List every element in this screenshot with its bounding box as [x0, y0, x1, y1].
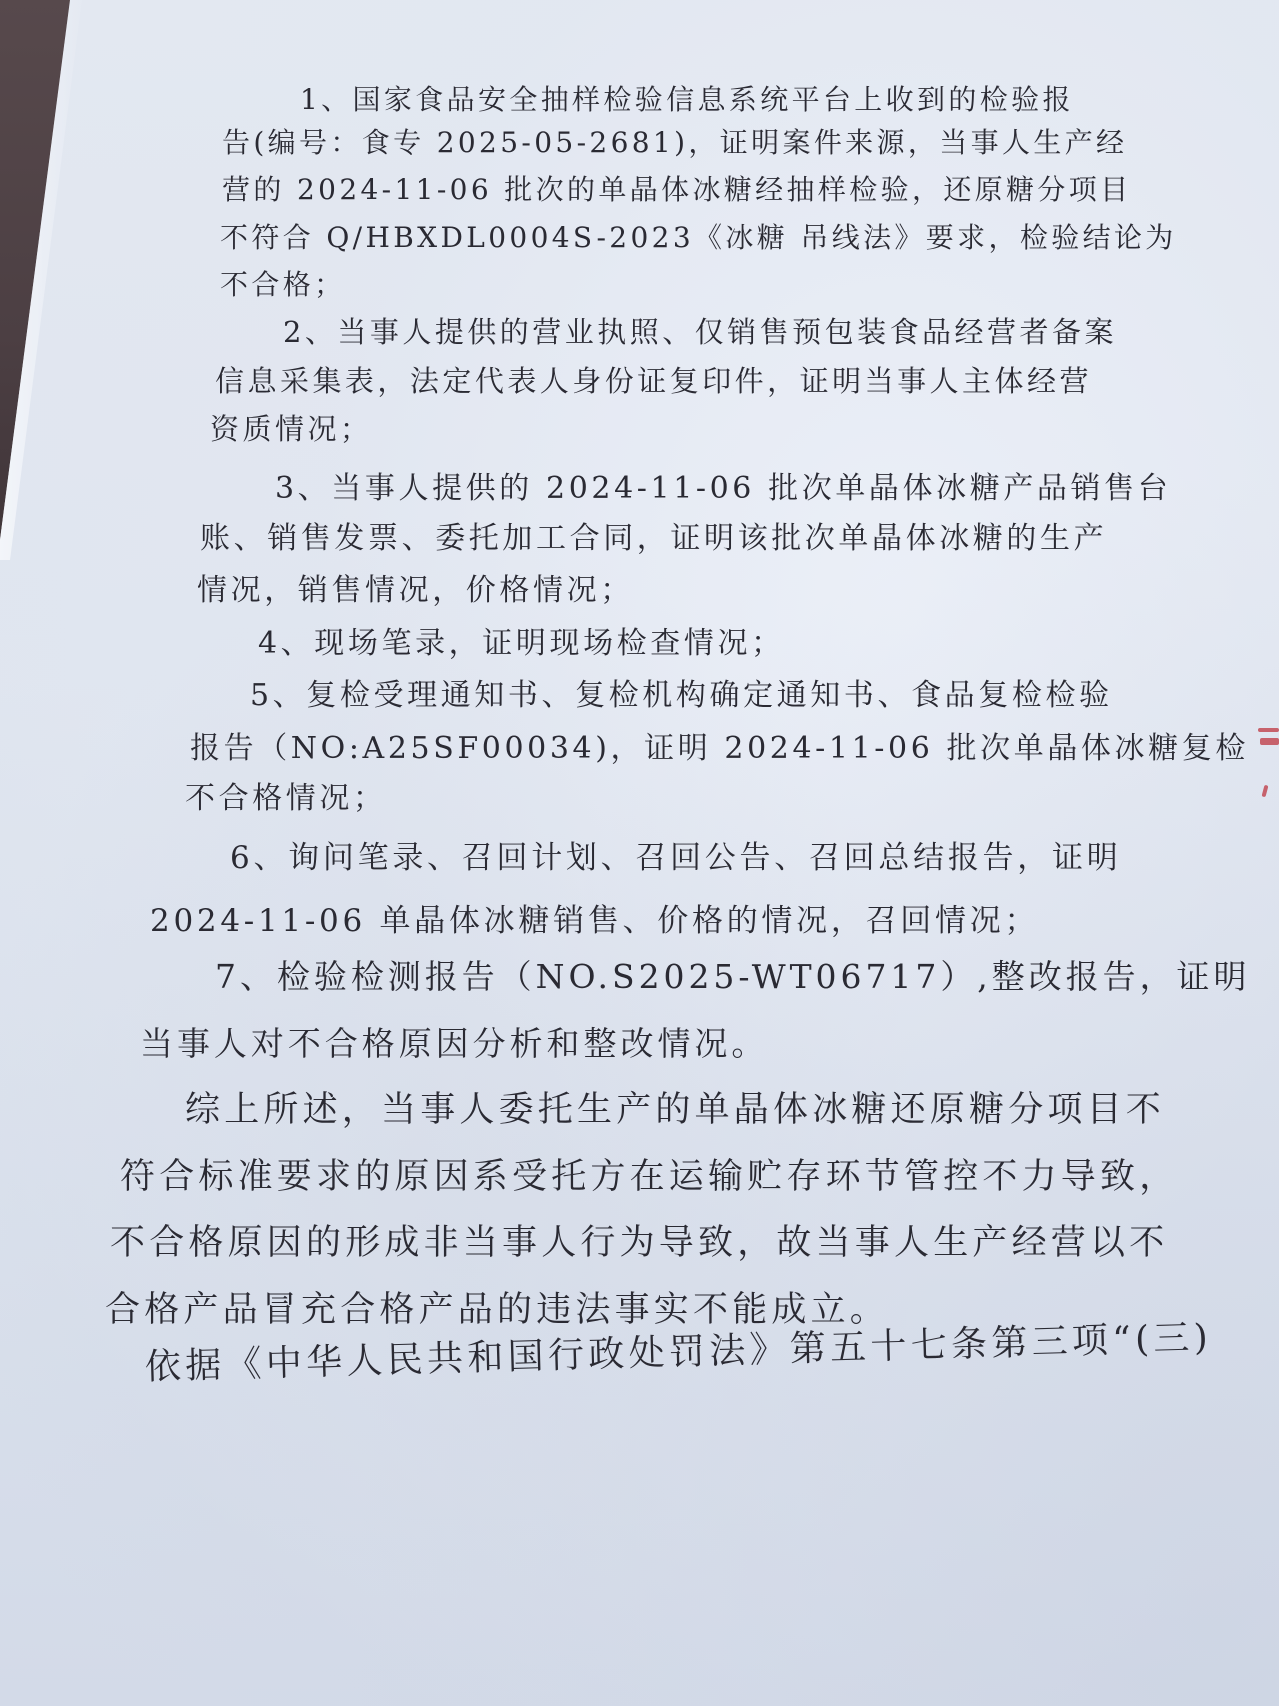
item-1-line-3: 营的 2024-11-06 批次的单晶体冰糖经抽样检验，还原糖分项目	[222, 176, 1131, 204]
item-3-line-2: 账、销售发票、委托加工合同，证明该批次单晶体冰糖的生产	[200, 524, 1107, 554]
item-5-line-2: 报告（NO:A25SF00034)，证明 2024-11-06 批次单晶体冰糖复…	[190, 734, 1249, 764]
summary-line-2: 符合标准要求的原因系受托方在运输贮存环节管控不力导致，	[120, 1160, 1178, 1195]
item-6-line-1: 6、询问笔录、召回计划、召回公告、召回总结报告，证明	[230, 843, 1121, 874]
item-1-line-4: 不符合 Q/HBXDL0004S-2023《冰糖 吊线法》要求，检验结论为	[220, 224, 1177, 252]
summary-line-3: 不合格原因的形成非当事人行为导致，故当事人生产经营以不	[110, 1226, 1168, 1261]
item-2-line-3: 资质情况；	[210, 415, 372, 444]
item-1-line-1: 1、国家食品安全抽样检验信息系统平台上收到的检验报	[300, 86, 1074, 114]
item-3-line-3: 情况，销售情况，价格情况；	[197, 576, 634, 606]
item-5-line-3: 不合格情况；	[185, 784, 387, 814]
item-1-line-2: 告(编号：食专 2025-05-2681)，证明案件来源，当事人生产经	[222, 129, 1127, 157]
summary-line-1: 综上所述，当事人委托生产的单晶体冰糖还原糖分项目不	[185, 1093, 1165, 1128]
item-7-line-1: 7、检验检测报告（NO.S2025-WT06717）,整改报告，证明	[215, 960, 1250, 993]
item-5-line-1: 5、复检受理通知书、复检机构确定通知书、食品复检检验	[250, 681, 1113, 711]
stamp-fragment	[1258, 728, 1279, 732]
item-6-line-2: 2024-11-06 单晶体冰糖销售、价格的情况，召回情况；	[150, 906, 1039, 937]
item-1-line-5: 不合格；	[220, 271, 345, 299]
summary-line-4: 合格产品冒充合格产品的违法事实不能成立。	[105, 1293, 889, 1328]
item-2-line-2: 信息采集表，法定代表人身份证复印件，证明当事人主体经营	[215, 367, 1092, 396]
item-3-line-1: 3、当事人提供的 2024-11-06 批次单晶体冰糖产品销售台	[275, 474, 1171, 504]
stamp-fragment	[1260, 738, 1279, 745]
item-4-line-1: 4、现场笔录，证明现场检查情况；	[258, 629, 785, 659]
item-2-line-1: 2、当事人提供的营业执照、仅销售预包装食品经营者备案	[283, 318, 1117, 347]
item-7-line-2: 当事人对不合格原因分析和整改情况。	[140, 1027, 768, 1060]
